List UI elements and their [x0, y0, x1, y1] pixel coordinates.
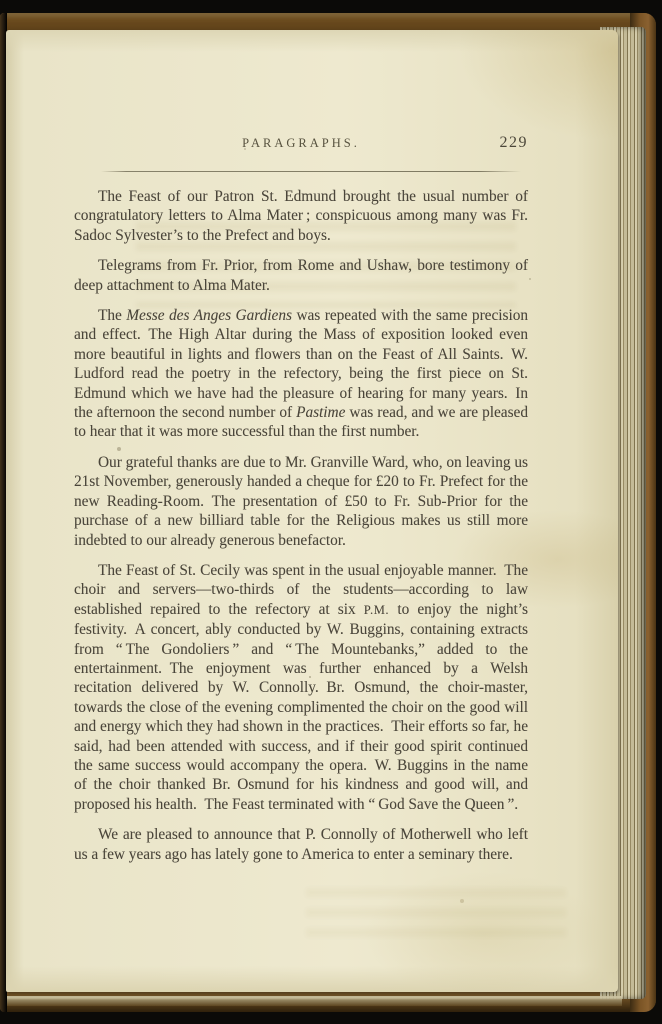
book-page: PARAGRAPHS. 229 The Feast of our Patron … — [6, 30, 618, 992]
italic-text: Pastime — [296, 404, 345, 421]
show-through-smudge — [306, 888, 566, 946]
paragraph: The Messe des Anges Gardiens was repeate… — [74, 306, 528, 442]
italic-text: Messe des Anges Gardiens — [126, 307, 292, 324]
book: PARAGRAPHS. 229 The Feast of our Patron … — [0, 13, 656, 1012]
paragraph: The Feast of St. Cecily was spent in the… — [74, 561, 528, 814]
page-text: The Feast of our Patron St. Edmund broug… — [74, 187, 528, 864]
scan-background: PARAGRAPHS. 229 The Feast of our Patron … — [0, 0, 662, 1024]
page-text-block: PARAGRAPHS. 229 The Feast of our Patron … — [74, 136, 528, 875]
header-rule — [101, 171, 521, 172]
running-title: PARAGRAPHS. — [74, 136, 528, 151]
paragraph: Our grateful thanks are due to Mr. Granv… — [74, 453, 528, 550]
paragraph: We are pleased to announce that P. Conno… — [74, 825, 528, 864]
paper-specks — [6, 30, 8, 32]
page-bottom-edge — [4, 996, 622, 1006]
page-number: 229 — [500, 134, 529, 152]
small-caps-text: P.M. — [364, 603, 389, 617]
paragraph: The Feast of our Patron St. Edmund broug… — [74, 187, 528, 245]
running-header: PARAGRAPHS. 229 — [74, 136, 528, 160]
paragraph: Telegrams from Fr. Prior, from Rome and … — [74, 256, 528, 295]
